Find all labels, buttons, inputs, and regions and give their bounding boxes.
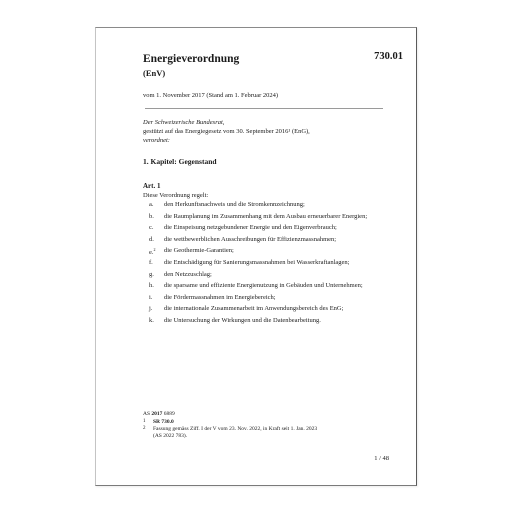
list-item-letter: k.: [149, 317, 163, 324]
list-item-letter: h.: [149, 282, 163, 289]
footnote-marker: 2: [154, 247, 156, 252]
article-intro: Diese Verordnung regelt:: [143, 192, 208, 199]
list-item-letter: f.: [149, 259, 163, 266]
list-item-text: die Raumplanung im Zusammenhang mit dem …: [164, 213, 367, 220]
list-item-letter: a.: [149, 201, 163, 208]
list-item-text: die Geothermie-Garantien;: [164, 247, 234, 254]
footnote-text-continued: (AS 2022 783).: [153, 433, 187, 439]
list-item-letter: b.: [149, 213, 163, 220]
date-line: vom 1. November 2017 (Stand am 1. Februa…: [143, 92, 278, 99]
footnote-number: 1: [143, 419, 146, 424]
footnote-text: Fassung gemäss Ziff. I der V vom 23. Nov…: [153, 426, 317, 432]
list-item-text: die Entschädigung für Sanierungsmassnahm…: [164, 259, 349, 266]
preamble-authority: Der Schweizerische Bundesrat,: [143, 119, 224, 126]
list-item-letter: d.: [149, 236, 163, 243]
list-item-text: die Untersuchung der Wirkungen und die D…: [164, 317, 321, 324]
list-item-letter: e.2: [149, 247, 163, 256]
list-item-text: die sparsame und effiziente Energienutzu…: [164, 282, 363, 289]
document-page: Energieverordnung (EnV) 730.01 vom 1. No…: [95, 27, 417, 486]
preamble-decree: verordnet:: [143, 137, 170, 144]
list-item-text: die Fördermassnahmen im Energiebereich;: [164, 294, 276, 301]
preamble-basis: gestützt auf das Energiegesetz vom 30. S…: [143, 128, 310, 135]
document-abbreviation: (EnV): [143, 68, 165, 78]
article-heading: Art. 1: [143, 182, 161, 190]
list-item-text: die Einspeisung netzgebundener Energie u…: [164, 224, 337, 231]
list-item-text: den Herkunftsnachweis und die Stromkennz…: [164, 201, 305, 208]
list-item-letter: g.: [149, 271, 163, 278]
document-title: Energieverordnung: [143, 53, 239, 65]
footnote-number: 2: [143, 426, 146, 431]
header-divider: [145, 108, 383, 109]
page-number: 1 / 48: [374, 455, 389, 462]
list-item-letter: c.: [149, 224, 163, 231]
list-item-text: die internationale Zusammenarbeit im Anw…: [164, 305, 343, 312]
list-item-letter: i.: [149, 294, 163, 301]
as-reference: AS 2017 6889: [143, 411, 175, 417]
sr-number: 730.01: [374, 51, 403, 62]
list-item-letter: j.: [149, 305, 163, 312]
chapter-heading: 1. Kapitel: Gegenstand: [143, 157, 217, 166]
list-item-text: den Netzzuschlag;: [164, 271, 212, 278]
footnote-text: SR 730.0: [153, 419, 174, 425]
list-item-text: die wettbewerblichen Ausschreibungen für…: [164, 236, 336, 243]
